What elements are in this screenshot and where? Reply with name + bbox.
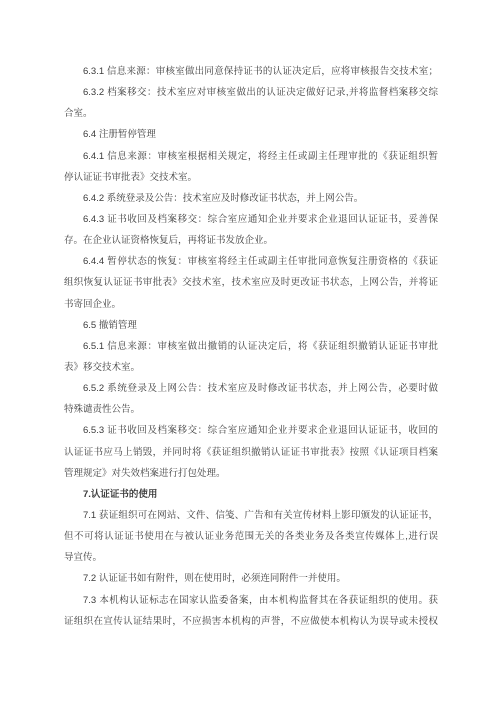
document-line: 6.3.2 档案移交：技术室应对审核室做出的认证决定做好记录,并将监督档案移交综 (64, 82, 438, 103)
document-line: 但不可将认证证书使用在与被认证业务范围无关的各类业务及各类宣传媒体上,进行误 (64, 526, 438, 547)
document-line: 7.3 本机构认证标志在国家认监委备案，由本机构监督其在各获证组织的使用。获 (64, 590, 438, 611)
document-line: 7.认证证书的使用 (64, 484, 438, 505)
document-page: 6.3.1 信息来源：审核室做出同意保持证书的认证决定后，应将审核报告交技术室；… (0, 0, 500, 707)
document-line: 组织恢复认证证书审批表》交技术室，技术室应及时更改证书状态，上网公告，并将证 (64, 272, 438, 293)
document-line: 6.4.2 系统登录及公告：技术室应及时修改证书状态，并上网公告。 (64, 188, 438, 209)
document-line: 特殊谴责性公告。 (64, 399, 438, 420)
document-line: 证组织在宣传认证结果时，不应损害本机构的声誉，不应做使本机构认为误导或未授权 (64, 611, 438, 632)
document-line: 6.5.3 证书收回及档案移交：综合室应通知企业并要求企业退回认证证书，收回的 (64, 420, 438, 441)
document-line: 表》移交技术室。 (64, 357, 438, 378)
document-line: 7.2 认证证书如有附件，则在使用时，必须连同附件一并使用。 (64, 568, 438, 589)
document-line: 6.4 注册暂停管理 (64, 124, 438, 145)
document-line: 书寄回企业。 (64, 294, 438, 315)
document-line: 6.4.3 证书收回及档案移交：综合室应通知企业并要求企业退回认证证书，妥善保 (64, 209, 438, 230)
document-line: 停认证证书审批表》交技术室。 (64, 167, 438, 188)
document-line: 存。在企业认证资格恢复后，再将证书发放企业。 (64, 230, 438, 251)
document-line: 6.4.1 信息来源：审核室根据相关规定，将经主任或副主任理审批的《获证组织暂 (64, 146, 438, 167)
document-line: 6.3.1 信息来源：审核室做出同意保持证书的认证决定后，应将审核报告交技术室； (64, 61, 438, 82)
document-line: 合室。 (64, 103, 438, 124)
document-line: 导宣传。 (64, 547, 438, 568)
document-body: 6.3.1 信息来源：审核室做出同意保持证书的认证决定后，应将审核报告交技术室；… (64, 61, 438, 632)
document-line: 6.4.4 暂停状态的恢复：审核室将经主任或副主任审批同意恢复注册资格的《获证 (64, 251, 438, 272)
document-line: 6.5.1 信息来源：审核室做出撤销的认证决定后，将《获证组织撤销认证证书审批 (64, 336, 438, 357)
document-line: 认证证书应马上销毁，并同时将《获证组织撤销认证证书审批表》按照《认证项目档案 (64, 442, 438, 463)
document-line: 6.5.2 系统登录及上网公告：技术室应及时修改证书状态，并上网公告，必要时做 (64, 378, 438, 399)
document-line: 管理规定》对失效档案进行打包处理。 (64, 463, 438, 484)
document-line: 6.5 撤销管理 (64, 315, 438, 336)
document-line: 7.1 获证组织可在网站、文件、信笺、广告和有关宣传材料上影印颁发的认证证书， (64, 505, 438, 526)
